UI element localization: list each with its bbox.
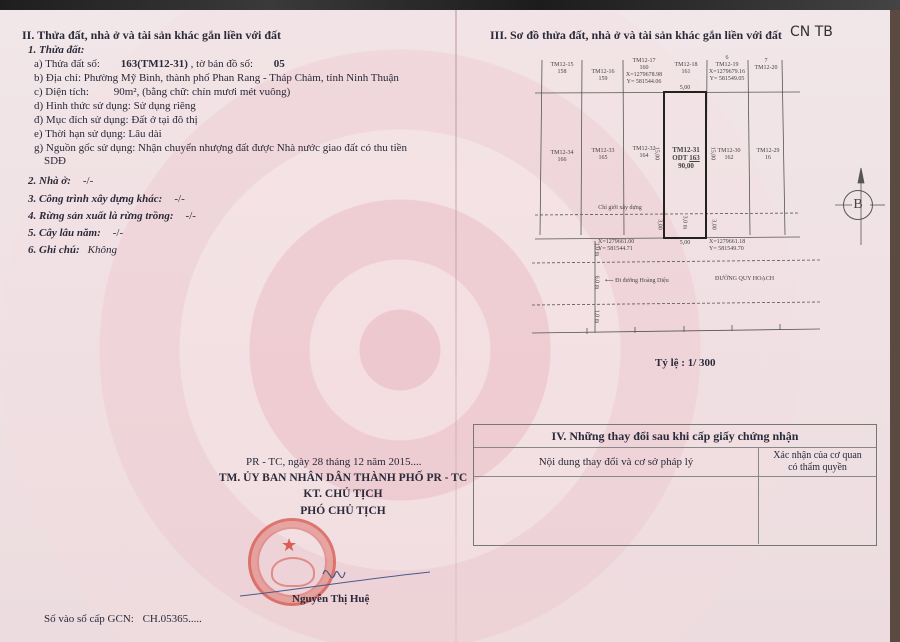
changes-table: IV. Những thay đổi sau khi cấp giấy chứn…: [473, 424, 877, 546]
usage-origin-cont: SDĐ: [44, 155, 66, 167]
north-compass-icon: B: [843, 190, 873, 220]
issuing-org: TM. ỦY BAN NHÂN DÂN THÀNH PHỐ PR - TC: [218, 472, 468, 484]
issue-date: PR - TC, ngày 28 tháng 12 năm 2015....: [246, 456, 421, 468]
usage-origin: g) Nguồn gốc sử dụng: Nhận chuyển nhượng…: [34, 142, 407, 154]
item-perennial: 5. Cây lâu năm: -/-: [28, 223, 123, 241]
item-other-construction: 3. Công trình xây dựng khác: -/-: [28, 189, 185, 207]
register-label: Số vào sổ cấp GCN:: [44, 613, 134, 625]
signer-role-2: PHÓ CHỦ TỊCH: [218, 505, 468, 517]
col-authority-confirmation: Xác nhận của cơ quancó thẩm quyền: [759, 448, 876, 476]
usage-purpose: đ) Mục đích sử dụng: Đất ở tại đô thị: [34, 114, 198, 126]
dim-bottom-width: 5,00: [670, 240, 700, 247]
dim-setback-left: 3,00: [656, 218, 663, 232]
corner-bottom-left: X=1279661.00Y= 581544.71: [598, 239, 658, 253]
section4-title: IV. Những thay đổi sau khi cấp giấy chứn…: [474, 425, 876, 448]
parcel-TM12-16: TM12-16159: [583, 69, 623, 83]
road-right-label: ĐƯỜNG QUY HOẠCH: [715, 276, 795, 283]
handwritten-note: CN TB: [790, 24, 820, 40]
item-house: 2. Nhà ở: -/-: [28, 171, 93, 189]
item-note: 6. Ghi chú: Không: [28, 240, 117, 258]
corner-bottom-right: X=1279661.18Y= 581549.70: [709, 239, 769, 253]
address: b) Địa chỉ: Phường Mỹ Bình, thành phố Ph…: [34, 72, 399, 84]
parcel-number-value: 163(TM12-31): [121, 58, 188, 70]
section2-title: II. Thửa đất, nhà ở và tài sản khác gắn …: [22, 28, 281, 43]
change-content-cell: [474, 477, 759, 544]
area-row: c) Diện tích: 90m², (bằng chữ: chín mươi…: [34, 86, 290, 98]
section3-title: III. Sơ đồ thửa đất, nhà ở và tài sản kh…: [490, 28, 782, 43]
map-sheet-label: , tờ bản đồ số:: [191, 58, 253, 70]
parcel-TM12-19: 6TM12-19X=1279679.16Y= 581549.05: [706, 55, 748, 83]
dim-setback-mid: 3,0 m: [681, 215, 688, 231]
page-fold: [455, 10, 457, 642]
dim-right-depth: 15,00: [709, 146, 716, 162]
parcel-TM12-17: TM12-17160X=1279678.98Y= 581544.06: [623, 58, 665, 86]
col-change-content: Nội dung thay đổi và cơ sở pháp lý: [474, 448, 759, 476]
parcel-number-label: a) Thửa đất số:: [34, 58, 100, 70]
dim-sidewalk-top: 1,0 m: [593, 242, 600, 258]
area-label: c) Diện tích:: [34, 86, 89, 98]
dim-road-width: 6,0 m: [593, 275, 600, 291]
parcel-lines: [480, 55, 900, 355]
signer-name: Nguyễn Thị Huệ: [292, 593, 369, 605]
road-left-label: ⟵ Đi đường Hoàng Diệu: [605, 278, 705, 285]
dim-left-depth: 15,00: [653, 146, 660, 162]
parcel-TM12-20: 7TM12-20: [748, 58, 784, 72]
changes-table-header: Nội dung thay đổi và cơ sở pháp lý Xác n…: [474, 448, 876, 477]
register-value: CH.05365.....: [143, 613, 202, 625]
star-icon: ★: [281, 535, 297, 556]
parcel-TM12-29: TM12-2916: [750, 148, 786, 162]
changes-table-body: [474, 477, 876, 544]
usage-form: d) Hình thức sử dụng: Sử dụng riêng: [34, 100, 196, 112]
land-heading: 1. Thửa đất:: [28, 44, 84, 56]
parcel-TM12-31-subject: TM12-31ODT 16390,00: [664, 146, 708, 170]
build-line-label: Chỉ giới xây dựng: [580, 205, 660, 212]
item-forest: 4. Rừng sản xuất là rừng trồng: -/-: [28, 206, 196, 224]
signer-role-1: KT. CHỦ TỊCH: [218, 488, 468, 500]
dim-setback-right: 3,00: [710, 218, 717, 232]
parcel-diagram: TM12-15158 TM12-16159 TM12-17160X=127967…: [480, 55, 900, 355]
usage-term: e) Thời hạn sử dụng: Lâu dài: [34, 128, 162, 140]
area-value: 90m², (bằng chữ: chín mươi mét vuông): [114, 86, 291, 98]
register-number: Số vào sổ cấp GCN: CH.05365.....: [44, 613, 202, 625]
parcel-TM12-18: TM12-18161: [666, 62, 706, 76]
parcel-TM12-34: TM12-34166: [542, 150, 582, 164]
authority-confirmation-cell: [759, 477, 876, 544]
dim-top-width: 5,00: [670, 85, 700, 92]
parcel-number-row: a) Thửa đất số: 163(TM12-31) , tờ bản đồ…: [34, 58, 285, 70]
arrow-left-icon: ⟵: [605, 278, 614, 284]
parcel-TM12-33: TM12-33165: [582, 148, 624, 162]
parcel-TM12-15: TM12-15158: [542, 62, 582, 76]
map-scale: Tỷ lệ : 1/ 300: [655, 357, 716, 369]
map-sheet-value: 05: [274, 58, 285, 70]
dim-sidewalk-bottom: 1,0 m: [593, 309, 600, 325]
